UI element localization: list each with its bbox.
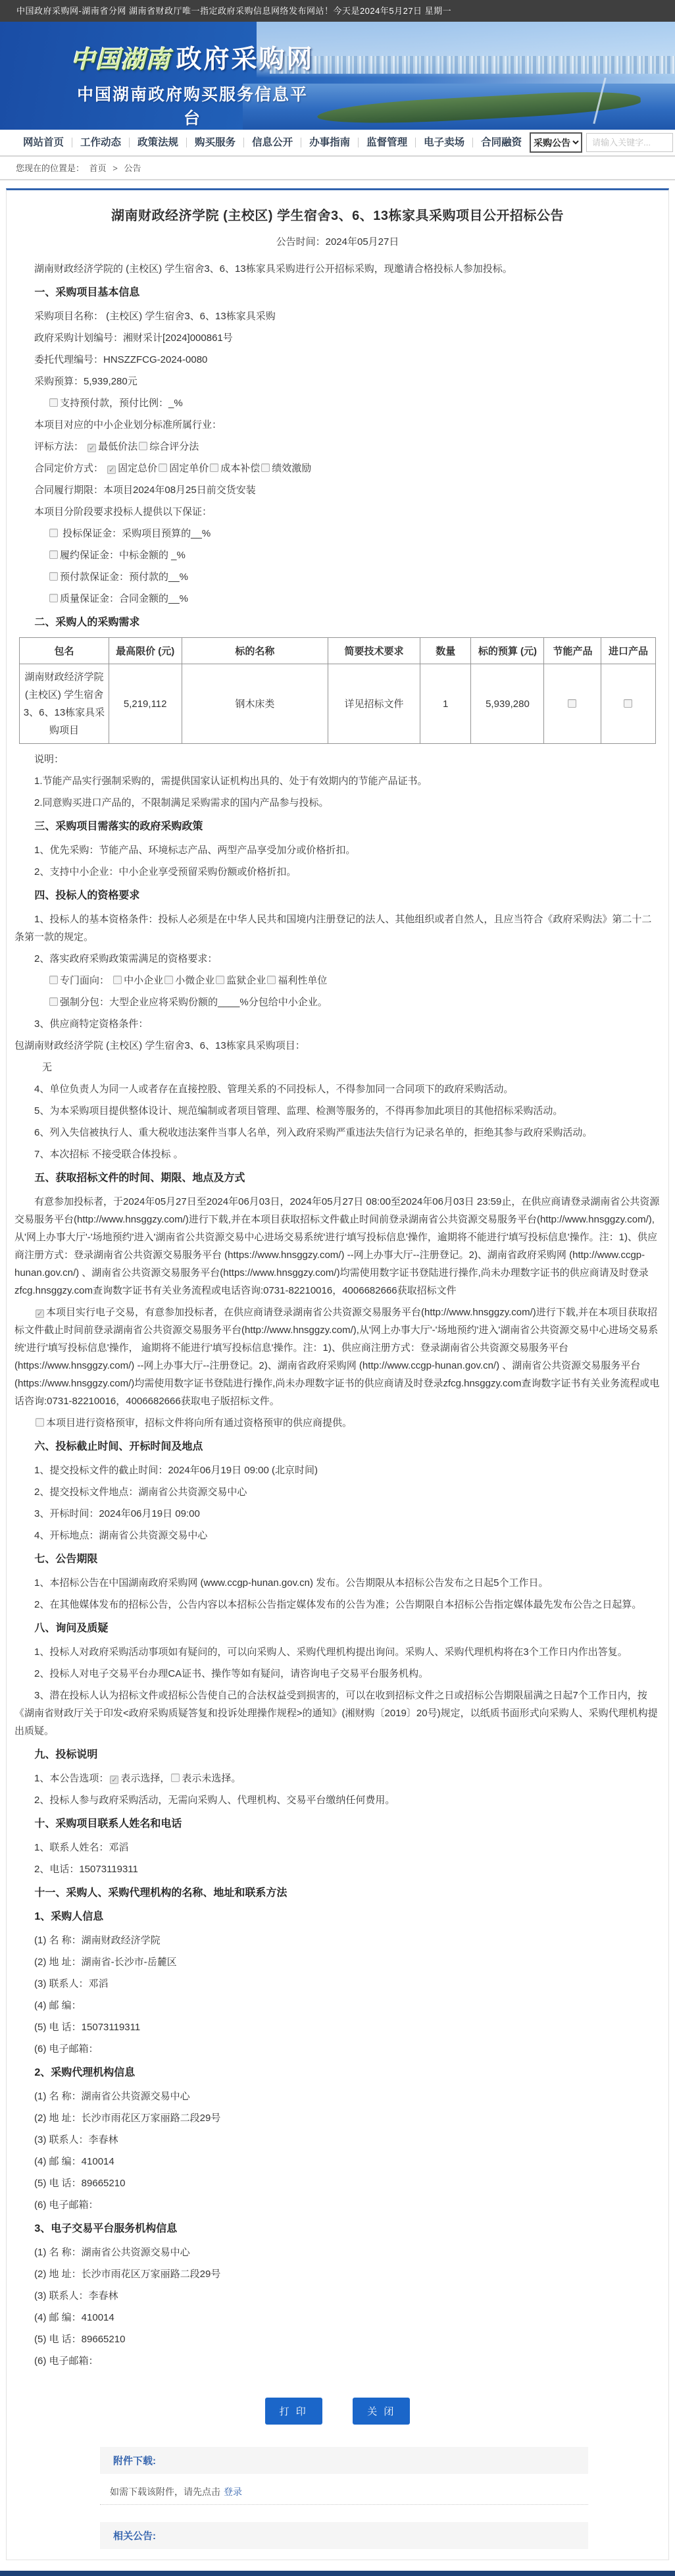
body-paragraph: (5) 电 话：89665210 [14, 2174, 661, 2192]
body-paragraph: 投标保证金：采购项目预算的__% [14, 525, 661, 542]
body-paragraph: 2.同意购买进口产品的，不限制满足采购需求的国内产品参与投标。 [14, 794, 661, 812]
requirements-table: 包名最高限价 (元)标的名称简要技术要求数量标的预算 (元)节能产品进口产品湖南… [19, 637, 655, 744]
body-paragraph: 说明： [14, 750, 661, 768]
body-paragraph: (3) 联系人：邓滔 [14, 1975, 661, 1993]
checkbox-unchecked-icon [49, 550, 58, 559]
checkbox-checked-icon: ✓ [110, 1775, 118, 1784]
table-header-cell: 包名 [20, 638, 109, 664]
body-paragraph: 2、电话：15073119311 [14, 1860, 661, 1878]
login-link[interactable]: 登录 [224, 2486, 242, 2497]
section-heading: 二、采购人的采购需求 [14, 614, 661, 631]
site-banner: 中国湖南政府采购网 中国湖南政府购买服务信息平台 http://ccgp-hun… [0, 22, 675, 130]
print-button[interactable]: 打 印 [265, 2398, 322, 2425]
body-paragraph: 采购项目名称： (主校区) 学生宿舍3、6、13栋家具采购 [14, 307, 661, 325]
checkbox-unchecked-icon [49, 529, 58, 537]
checkbox-unchecked-icon [164, 976, 173, 984]
table-header-cell: 简要技术要求 [328, 638, 420, 664]
checkbox-unchecked-icon [113, 976, 122, 984]
section-heading: 2、采购代理机构信息 [14, 2064, 661, 2082]
body-paragraph: 本项目分阶段要求投标人提供以下保证： [14, 503, 661, 521]
body-paragraph: 1、投标人对政府采购活动事项如有疑问的，可以向采购人、采购代理机构提出询问。采购… [14, 1643, 661, 1661]
section-heading: 1、采购人信息 [14, 1908, 661, 1926]
publish-time-label: 公告时间： [276, 236, 326, 248]
related-announcements-label: 相关公告: [113, 2531, 156, 2542]
body-paragraph: (4) 邮 编：410014 [14, 2153, 661, 2170]
checkbox-unchecked-icon [49, 594, 58, 602]
nav-item-9[interactable]: 合同融资 [473, 138, 530, 147]
body-paragraph: (6) 电子邮箱： [14, 2352, 661, 2370]
table-header-cell: 节能产品 [544, 638, 601, 664]
attachments-hint: 如需下载该附件，请先点击登录 [110, 2485, 661, 2498]
breadcrumb-separator: > [113, 163, 118, 173]
section-heading: 3、电子交易平台服务机构信息 [14, 2220, 661, 2238]
section-heading: 十一、采购人、采购代理机构的名称、地址和联系方法 [14, 1884, 661, 1902]
nav-item-2[interactable]: 工作动态 [72, 138, 130, 147]
body-paragraph: 3、潜在投标人认为招标文件或招标公告使自己的合法权益受到损害的，可以在收到招标文… [14, 1687, 661, 1740]
site-logo: 中国湖南政府采购网 [69, 39, 316, 76]
body-paragraph: 合同定价方式： ✓固定总价固定单价成本补偿绩效激励 [14, 460, 661, 477]
breadcrumb: 您现在的位置是： 首页 > 公告 [0, 157, 675, 180]
checkbox-unchecked-icon [49, 997, 58, 1006]
body-paragraph: 2、投标人参与政府采购活动，无需向采购人、代理机构、交易平台缴纳任何费用。 [14, 1791, 661, 1809]
page-title: 湖南财政经济学院 (主校区) 学生宿舍3、6、13栋家具采购项目公开招标公告 [21, 205, 654, 224]
body-paragraph: 1、本招标公告在中国湖南政府采购网 (www.ccgp-hunan.gov.cn… [14, 1574, 661, 1592]
checkbox-unchecked-icon [210, 463, 218, 472]
table-cell: 详见招标文件 [328, 664, 420, 744]
section-heading: 六、投标截止时间、开标时间及地点 [14, 1438, 661, 1456]
body-paragraph: 强制分包：大型企业应将采购份额的____%分包给中小企业。 [14, 993, 661, 1011]
table-header-cell: 标的名称 [182, 638, 328, 664]
body-paragraph: (5) 电 话：15073119311 [14, 2018, 661, 2036]
body-paragraph: 合同履行期限：本项目2024年08月25日前交货安装 [14, 481, 661, 499]
body-paragraph: (1) 名 称：湖南省公共资源交易中心 [14, 2088, 661, 2105]
section-heading: 十、采购项目联系人姓名和电话 [14, 1815, 661, 1833]
search-category-select[interactable]: 采购公告 [530, 132, 582, 153]
body-paragraph: (4) 邮 编： [14, 1997, 661, 2014]
table-cell: 5,219,112 [109, 664, 182, 744]
table-header-cell: 标的预算 (元) [471, 638, 544, 664]
attachments-label: 附件下载: [113, 2456, 156, 2467]
body-paragraph: (3) 联系人：李春林 [14, 2287, 661, 2305]
breadcrumb-prefix: 您现在的位置是： [16, 163, 84, 173]
top-info-bar: 中国政府采购网-湖南省分网 湖南省财政厅唯一指定政府采购信息网络发布网站！今天是… [0, 0, 675, 22]
body-paragraph: 2、提交投标文件地点：湖南省公共资源交易中心 [14, 1483, 661, 1501]
site-logo-calligraphy: 中国湖南 [70, 46, 170, 73]
checkbox-unchecked-icon [267, 976, 276, 984]
checkbox-unchecked-icon [49, 976, 58, 984]
body-paragraph: 无 [14, 1059, 661, 1076]
body-paragraph: 本项目进行资格预审，招标文件将向所有通过资格预审的供应商提供。 [14, 1414, 661, 1432]
attachments-hint-text: 如需下载该附件，请先点击 [110, 2486, 220, 2497]
body-paragraph: 采购预算：5,939,280元 [14, 373, 661, 390]
table-header-cell: 最高限价 (元) [109, 638, 182, 664]
announcement-container: 湖南财政经济学院 (主校区) 学生宿舍3、6、13栋家具采购项目公开招标公告 公… [6, 188, 669, 2560]
nav-item-7[interactable]: 监督管理 [359, 138, 416, 147]
body-paragraph: (5) 电 话：89665210 [14, 2330, 661, 2348]
body-paragraph: 预付款保证金：预付款的__% [14, 568, 661, 586]
body-paragraph: (6) 电子邮箱： [14, 2196, 661, 2214]
checkbox-unchecked-icon [36, 1418, 44, 1427]
checkbox-unchecked-icon [49, 572, 58, 581]
body-paragraph: 1、联系人姓名：邓滔 [14, 1839, 661, 1856]
breadcrumb-home-link[interactable]: 首页 [89, 163, 107, 173]
body-paragraph: 委托代理编号：HNSZZFCG-2024-0080 [14, 351, 661, 369]
body-paragraph: 1、投标人的基本资格条件：投标人必须是在中华人民共和国境内注册登记的法人、其他组… [14, 910, 661, 946]
body-paragraph: 4、单位负责人为同一人或者存在直接控股、管理关系的不同投标人，不得参加同一合同项… [14, 1080, 661, 1098]
checkbox-unchecked-icon [159, 463, 167, 472]
body-paragraph: (1) 名 称：湖南财政经济学院 [14, 1932, 661, 1949]
body-paragraph: 2、投标人对电子交易平台办理CA证书、操作等如有疑问，请咨询电子交易平台服务机构… [14, 1665, 661, 1683]
body-paragraph: 2、在其他媒体发布的招标公告，公告内容以本招标公告指定媒体发布的公告为准；公告期… [14, 1596, 661, 1614]
body-paragraph: 1.节能产品实行强制采购的，需提供国家认证机构出具的、处于有效期内的节能产品证书… [14, 772, 661, 790]
table-cell [601, 664, 655, 744]
body-paragraph: 政府采购计划编号：湘财采计[2024]000861号 [14, 329, 661, 347]
checkbox-unchecked-icon [171, 1774, 180, 1782]
banner-city-skyline [270, 56, 675, 74]
table-header-row: 包名最高限价 (元)标的名称简要技术要求数量标的预算 (元)节能产品进口产品 [20, 638, 655, 664]
publish-time: 公告时间：2024年05月27日 [14, 234, 661, 248]
nav-item-5[interactable]: 信息公开 [244, 138, 301, 147]
nav-menu: 网站首页工作动态政策法规购买服务信息公开办事指南监督管理电子卖场合同融资 [15, 138, 530, 147]
top-info-text: 中国政府采购网-湖南省分网 湖南省财政厅唯一指定政府采购信息网络发布网站！今天是… [16, 6, 451, 16]
body-paragraph: (2) 地 址：长沙市雨花区万家丽路二段29号 [14, 2109, 661, 2127]
body-paragraph: 支持预付款，预付比例：_% [14, 394, 661, 412]
footer-bar [0, 2571, 675, 2576]
section-heading: 九、投标说明 [14, 1746, 661, 1764]
table-header-cell: 数量 [420, 638, 471, 664]
section-heading: 五、获取招标文件的时间、期限、地点及方式 [14, 1169, 661, 1187]
body-paragraph: 3、开标时间：2024年06月19日 09:00 [14, 1505, 661, 1523]
action-buttons: 打 印 关 闭 [14, 2398, 661, 2425]
section-heading: 一、采购项目基本信息 [14, 284, 661, 302]
checkbox-unchecked-icon [216, 976, 224, 984]
section-heading: 八、询问及质疑 [14, 1619, 661, 1637]
section-heading: 三、采购项目需落实的政府采购政策 [14, 818, 661, 835]
breadcrumb-current-link[interactable]: 公告 [124, 163, 141, 173]
body-paragraph: (3) 联系人：李春林 [14, 2131, 661, 2149]
table-cell: 湖南财政经济学院 (主校区) 学生宿舍3、6、13栋家具采购项目 [20, 664, 109, 744]
site-slogan: 中国湖南政府购买服务信息平台 [69, 82, 316, 129]
table-cell [544, 664, 601, 744]
body-paragraph: 2、落实政府采购政策需满足的资格要求： [14, 950, 661, 968]
publish-time-value: 2024年05月27日 [326, 236, 399, 248]
body-paragraph: 包湖南财政经济学院 (主校区) 学生宿舍3、6、13栋家具采购项目： [14, 1037, 661, 1055]
body-paragraph: 质量保证金：合同金额的__% [14, 590, 661, 608]
attachments-header: 附件下载: [100, 2447, 588, 2474]
search-bar: 采购公告 [530, 132, 675, 153]
table-cell: 1 [420, 664, 471, 744]
body-paragraph: 1、本公告选项：✓表示选择，表示未选择。 [14, 1770, 661, 1787]
body-paragraph: 5、为本采购项目提供整体设计、规范编制或者项目管理、监理、检测等服务的，不得再参… [14, 1102, 661, 1120]
body-paragraph: 履约保证金：中标金额的 _% [14, 546, 661, 564]
checkbox-unchecked-icon [139, 442, 147, 450]
body-paragraph: 4、开标地点：湖南省公共资源交易中心 [14, 1527, 661, 1544]
table-cell: 钢木床类 [182, 664, 328, 744]
site-logo-title: 政府采购网 [176, 45, 314, 74]
nav-item-6[interactable]: 办事指南 [301, 138, 359, 147]
table-cell: 5,939,280 [471, 664, 544, 744]
body-paragraph: (2) 地 址：长沙市雨花区万家丽路二段29号 [14, 2265, 661, 2283]
close-button[interactable]: 关 闭 [353, 2398, 410, 2425]
section-heading: 七、公告期限 [14, 1550, 661, 1568]
checkbox-unchecked-icon [624, 699, 632, 708]
nav-item-3[interactable]: 政策法规 [130, 138, 187, 147]
body-paragraph: (1) 名 称：湖南省公共资源交易中心 [14, 2244, 661, 2261]
nav-item-8[interactable]: 电子卖场 [416, 138, 473, 147]
body-paragraph: (4) 邮 编：410014 [14, 2309, 661, 2326]
table-header-cell: 进口产品 [601, 638, 655, 664]
checkbox-checked-icon: ✓ [36, 1309, 44, 1318]
body-paragraph: 评标方法： ✓最低价法综合评分法 [14, 438, 661, 456]
body-paragraph: 有意参加投标者，于2024年05月27日至2024年06月03日，2024年05… [14, 1193, 661, 1300]
checkbox-unchecked-icon [568, 699, 576, 708]
checkbox-checked-icon: ✓ [87, 444, 96, 452]
related-announcements-header: 相关公告: [100, 2522, 588, 2549]
checkbox-checked-icon: ✓ [107, 465, 116, 474]
section-heading: 四、投标人的资格要求 [14, 887, 661, 905]
body-paragraph: 7、本次招标 不接受联合体投标 。 [14, 1145, 661, 1163]
body-paragraph: 3、供应商特定资格条件： [14, 1015, 661, 1033]
nav-item-1[interactable]: 网站首页 [15, 138, 72, 147]
body-paragraph: 本项目对应的中小企业划分标准所属行业： [14, 416, 661, 434]
body-paragraph: 1、提交投标文件的截止时间：2024年06月19日 09:00 (北京时间) [14, 1461, 661, 1479]
body-paragraph: 2、支持中小企业：中小企业享受预留采购份额或价格折扣。 [14, 863, 661, 881]
nav-item-4[interactable]: 购买服务 [187, 138, 244, 147]
search-input[interactable] [586, 133, 673, 152]
body-paragraph: ✓本项目实行电子交易，有意参加投标者，在供应商请登录湖南省公共资源交易服务平台(… [14, 1303, 661, 1410]
body-paragraph: (6) 电子邮箱： [14, 2040, 661, 2058]
body-paragraph: 湖南财政经济学院的 (主校区) 学生宿舍3、6、13栋家具采购进行公开招标采购，… [14, 260, 661, 278]
body-paragraph: 1、优先采购：节能产品、环境标志产品、两型产品享受加分或价格折扣。 [14, 841, 661, 859]
checkbox-unchecked-icon [261, 463, 270, 472]
body-paragraph: (2) 地 址：湖南省-长沙市-岳麓区 [14, 1953, 661, 1971]
announcement-body: 湖南财政经济学院的 (主校区) 学生宿舍3、6、13栋家具采购进行公开招标采购，… [14, 260, 661, 2370]
body-paragraph: 专门面向： 中小企业小微企业监狱企业福利性单位 [14, 972, 661, 989]
checkbox-unchecked-icon [49, 398, 58, 407]
main-navigation: 网站首页工作动态政策法规购买服务信息公开办事指南监督管理电子卖场合同融资 采购公… [0, 130, 675, 157]
body-paragraph: 6、列入失信被执行人、重大税收违法案件当事人名单，列入政府采购严重违法失信行为记… [14, 1124, 661, 1142]
table-row: 湖南财政经济学院 (主校区) 学生宿舍3、6、13栋家具采购项目5,219,11… [20, 664, 655, 744]
